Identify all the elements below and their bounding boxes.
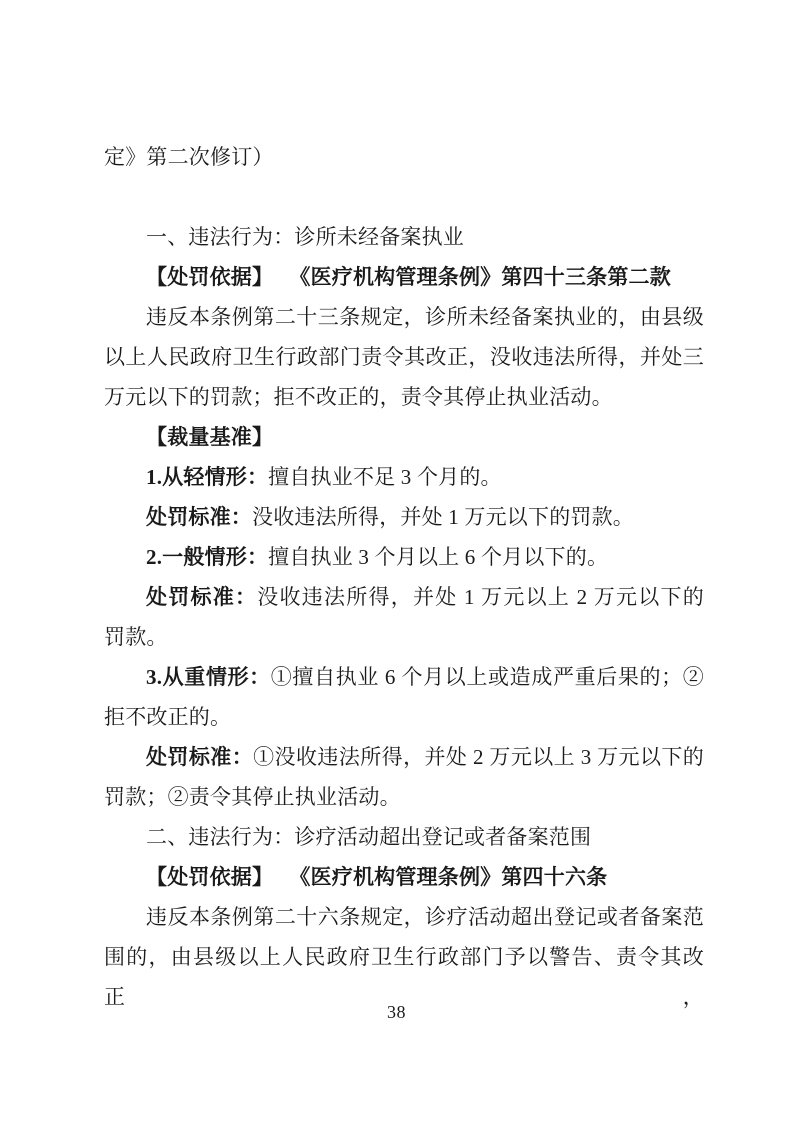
section-2-penalty-basis-heading: 【处罚依据】 《医疗机构管理条例》第四十六条 (104, 857, 704, 897)
mitigating-circumstance-line: 1.从轻情形：擅自执业不足 3 个月的。 (104, 457, 704, 497)
section-2-basis-paragraph-line: 违反本条例第二十六条规定，诊疗活动超出登记或者备案范 (104, 897, 704, 937)
section-1-penalty-basis-heading: 【处罚依据】 《医疗机构管理条例》第四十三条第二款 (104, 257, 704, 297)
general-circumstance-line: 2.一般情形：擅自执业 3 个月以上 6 个月以下的。 (104, 537, 704, 577)
general-penalty-standard-line: 处罚标准：没收违法所得，并处 1 万元以上 2 万元以下的 (104, 577, 704, 617)
aggravating-penalty-standard-line: 罚款；②责令其停止执业活动。 (104, 777, 704, 817)
aggravating-circumstance-line: 3.从重情形：①擅自执业 6 个月以上或造成严重后果的；② (104, 657, 704, 697)
general-penalty-standard-line: 罚款。 (104, 617, 704, 657)
blank-line (104, 177, 704, 217)
page-number: 38 (0, 1000, 793, 1024)
section-1-basis-paragraph-line: 违反本条例第二十三条规定，诊所未经备案执业的，由县级 (104, 297, 704, 337)
aggravating-circumstance-line: 拒不改正的。 (104, 697, 704, 737)
section-2-heading: 二、违法行为：诊疗活动超出登记或者备案范围 (104, 817, 704, 857)
discretion-criteria-heading: 【裁量基准】 (104, 417, 704, 457)
section-1-heading: 一、违法行为：诊所未经备案执业 (104, 217, 704, 257)
mitigating-penalty-standard-line: 处罚标准：没收违法所得，并处 1 万元以下的罚款。 (104, 497, 704, 537)
aggravating-penalty-standard-line: 处罚标准：①没收违法所得，并处 2 万元以上 3 万元以下的 (104, 737, 704, 777)
section-2-basis-paragraph-line: 围的，由县级以上人民政府卫生行政部门予以警告、责令其改正， (104, 937, 704, 977)
section-1-basis-paragraph-line: 以上人民政府卫生行政部门责令其改正，没收违法所得，并处三 (104, 337, 704, 377)
document-page: 定》第二次修订） 一、违法行为：诊所未经备案执业 【处罚依据】 《医疗机构管理条… (0, 0, 793, 1122)
text-column: 定》第二次修订） 一、违法行为：诊所未经备案执业 【处罚依据】 《医疗机构管理条… (104, 137, 704, 977)
section-1-basis-paragraph-line: 万元以下的罚款；拒不改正的，责令其停止执业活动。 (104, 377, 704, 417)
continuation-text-line: 定》第二次修订） (104, 137, 704, 177)
